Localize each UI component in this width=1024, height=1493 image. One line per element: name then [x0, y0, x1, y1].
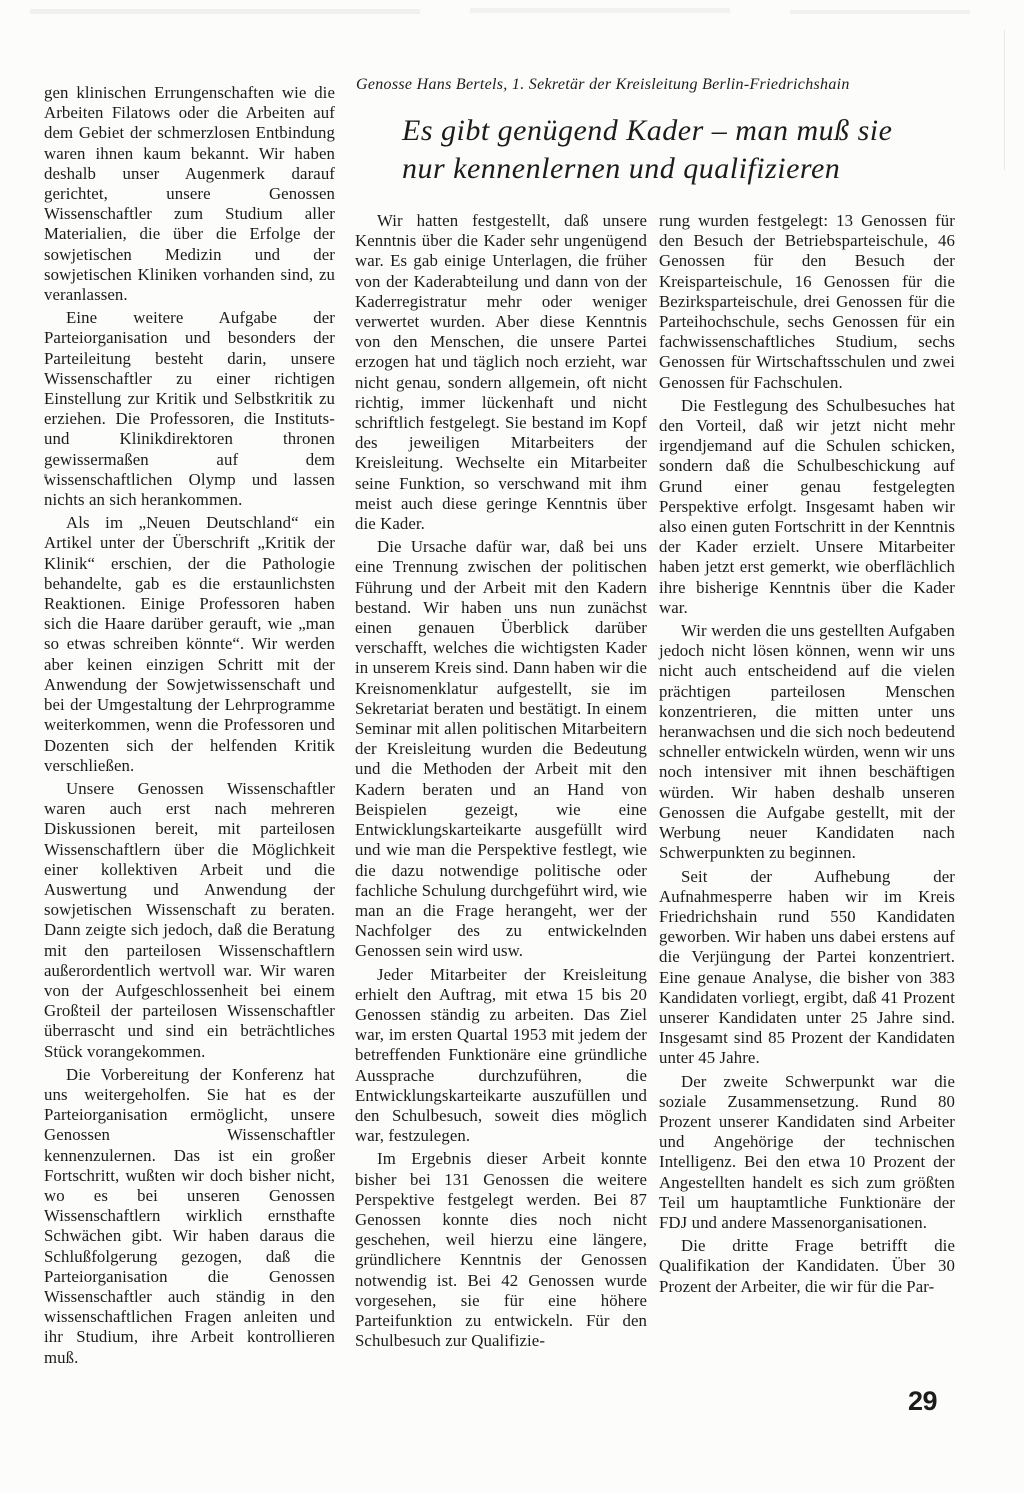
- article-title-line1: Es gibt genügend Kader – man muß sie: [402, 112, 972, 150]
- article-byline: Genosse Hans Bertels, 1. Sekretär der Kr…: [356, 76, 966, 94]
- paragraph: gen klinischen Errungenschaften wie die …: [44, 83, 335, 305]
- paragraph: Wir hatten festgestellt, daß unsere Kenn…: [355, 211, 647, 534]
- paragraph: Die Festlegung des Schulbesuches hat den…: [659, 396, 955, 618]
- paragraph: Wir werden die uns gestellten Aufgaben j…: [659, 621, 955, 863]
- paragraph: Unsere Genossen Wissenschaftler waren au…: [44, 779, 335, 1062]
- text-column-left: gen klinischen Errungenschaften wie die …: [44, 83, 335, 1371]
- scan-line-artifact: [1004, 30, 1005, 170]
- paragraph: Die dritte Frage betrifft die Qualifikat…: [659, 1236, 955, 1297]
- paragraph: rung wurden festgelegt: 13 Genossen für …: [659, 211, 955, 393]
- scan-smudge: [470, 8, 730, 13]
- paragraph: Im Ergebnis dieser Arbeit konnte bisher …: [355, 1149, 647, 1351]
- paragraph: Die Ursache dafür war, daß bei uns eine …: [355, 537, 647, 961]
- text-column-middle: Wir hatten festgestellt, daß unsere Kenn…: [355, 211, 647, 1354]
- scan-smudge: [30, 9, 420, 14]
- paragraph: Als im „Neuen Deutschland“ ein Artikel u…: [44, 513, 335, 776]
- paragraph: Der zweite Schwerpunkt war die soziale Z…: [659, 1072, 955, 1234]
- article-title: Es gibt genügend Kader – man muß sie nur…: [402, 112, 972, 188]
- paragraph: Eine weitere Aufgabe der Parteiorganisat…: [44, 308, 335, 510]
- scan-smudge: [790, 10, 970, 14]
- page-number: 29: [908, 1386, 937, 1417]
- article-title-line2: nur kennenlernen und qualifizieren: [402, 150, 972, 188]
- text-column-right: rung wurden festgelegt: 13 Genossen für …: [659, 211, 955, 1300]
- paragraph: Jeder Mitarbeiter der Kreisleitung erhie…: [355, 965, 647, 1147]
- paragraph: Seit der Aufhebung der Aufnahmesperre ha…: [659, 867, 955, 1069]
- paragraph: Die Vorbereitung der Konferenz hat uns w…: [44, 1065, 335, 1368]
- scanned-page: { "page": { "background_color": "#fcfcfa…: [0, 0, 1024, 1493]
